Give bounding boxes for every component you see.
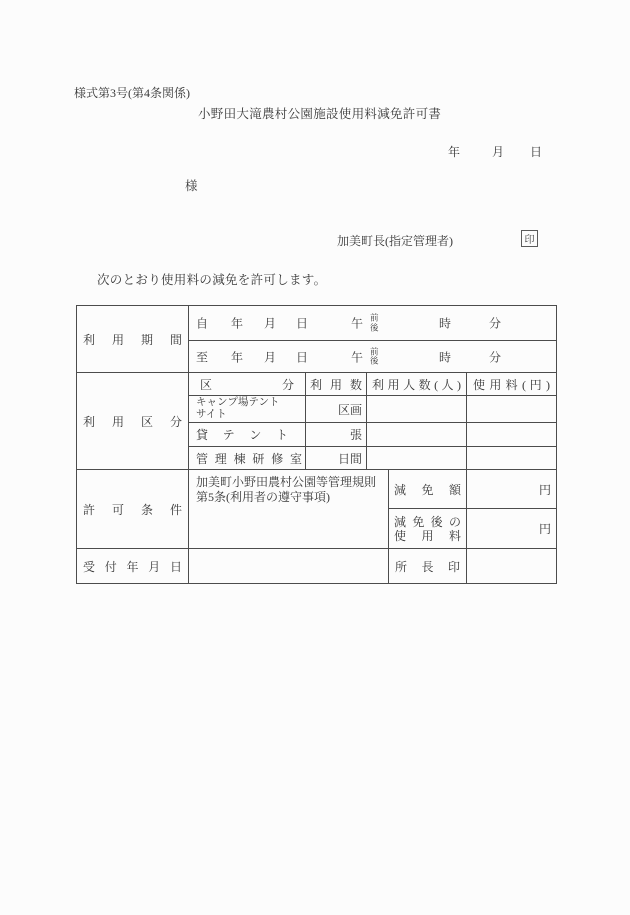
to-pm-label: 後 xyxy=(370,357,379,367)
to-minute-label: 分 xyxy=(489,348,501,365)
month-label: 月 xyxy=(492,145,504,159)
row-label-text: 受 付 年 月 日 xyxy=(83,558,182,575)
reception-date-value-cell xyxy=(189,549,389,584)
period-to-row: 至 年 月 日 午 前 後 時 分 xyxy=(189,341,557,373)
row-label-usage-period: 利 用 期 間 xyxy=(77,306,189,373)
day-label: 日 xyxy=(530,145,542,159)
from-hour-label: 時 xyxy=(439,315,451,332)
label-text: 減 免 後 の 使 用 料 xyxy=(389,515,466,543)
header-usage-fee: 使 用 料 ( 円 ) xyxy=(467,373,557,396)
header-text: 使 用 料 ( 円 ) xyxy=(473,376,550,393)
row-name-text: キャンプ場テント サイト xyxy=(196,397,279,421)
intro-sentence: 次のとおり使用料の減免を許可します。 xyxy=(97,270,326,288)
rule-reference-text: 加美町小野田農村公園等管理規則第5条(利用者の遵守事項) xyxy=(196,475,384,505)
header-text: 利 用 数 xyxy=(310,376,362,393)
header-usage-count: 利 用 数 xyxy=(306,373,367,396)
to-prefix: 至 xyxy=(196,348,208,365)
fee-after-reduction-label: 減 免 後 の 使 用 料 xyxy=(389,509,467,549)
row-label-reception-date: 受 付 年 月 日 xyxy=(77,549,189,584)
label-line1: 減 免 後 の xyxy=(394,515,461,529)
header-text: 利 用 人 数 ( 人 ) xyxy=(372,376,461,393)
from-day-label: 日 xyxy=(296,315,308,332)
row-name-text: 管 理 棟 研 修 室 xyxy=(196,450,302,467)
row-label-text: 利 用 期 間 xyxy=(83,331,182,348)
from-month-label: 月 xyxy=(264,315,276,332)
campsite-count-unit: 区画 xyxy=(306,396,367,423)
to-noon-label: 午 xyxy=(351,348,363,365)
period-from-row: 自 年 月 日 午 前 後 時 分 xyxy=(189,306,557,341)
from-minute-label: 分 xyxy=(489,315,501,332)
row-name-rental-tent: 貸 テ ン ト xyxy=(189,423,306,447)
director-seal-label: 所 長 印 xyxy=(389,549,467,584)
row-name-training-room: 管 理 棟 研 修 室 xyxy=(189,447,306,470)
rental-tent-count-unit: 張 xyxy=(306,423,367,447)
rental-tent-fee-cell xyxy=(467,423,557,447)
page-title: 小野田大滝農村公園施設使用料減免許可書 xyxy=(198,104,441,122)
recipient-honorific: 様 xyxy=(185,176,198,194)
from-year-label: 年 xyxy=(231,315,243,332)
row-name-text: 貸 テ ン ト xyxy=(196,426,288,443)
unit-text: 区画 xyxy=(338,401,362,418)
reduction-amount-value-cell: 円 xyxy=(467,470,557,509)
reduction-amount-label: 減 免 額 xyxy=(389,470,467,509)
campsite-people-cell xyxy=(367,396,467,423)
header-category: 区 分 xyxy=(189,373,306,396)
fee-after-reduction-value-cell: 円 xyxy=(467,509,557,549)
training-room-fee-cell xyxy=(467,447,557,470)
seal-placeholder: 印 xyxy=(521,230,538,247)
from-pm-label: 後 xyxy=(370,323,379,333)
from-prefix: 自 xyxy=(196,315,208,332)
to-year-label: 年 xyxy=(231,348,243,365)
year-label: 年 xyxy=(448,145,460,159)
document-page: 様式第3号(第4条関係) 小野田大滝農村公園施設使用料減免許可書 年月日 様 加… xyxy=(0,0,630,915)
unit-text: 張 xyxy=(350,426,362,443)
row-label-text: 許 可 条 件 xyxy=(83,501,182,518)
to-month-label: 月 xyxy=(264,348,276,365)
header-people-count: 利 用 人 数 ( 人 ) xyxy=(367,373,467,396)
yen-unit: 円 xyxy=(539,520,551,537)
yen-unit: 円 xyxy=(539,481,551,498)
row-name-campsite: キャンプ場テント サイト xyxy=(189,396,306,423)
label-text: 所 長 印 xyxy=(395,558,460,575)
header-text: 区 分 xyxy=(200,376,294,393)
training-room-count-unit: 日間 xyxy=(306,447,367,470)
from-noon-label: 午 xyxy=(351,315,363,332)
form-code: 様式第3号(第4条関係) xyxy=(74,84,190,101)
from-ampm-label: 前 後 xyxy=(370,314,379,333)
director-seal-value-cell xyxy=(467,549,557,584)
rental-tent-people-cell xyxy=(367,423,467,447)
row-label-text: 利 用 区 分 xyxy=(83,413,182,430)
to-day-label: 日 xyxy=(296,348,308,365)
row-name-line2: サイト xyxy=(196,409,279,421)
row-label-permit-conditions: 許 可 条 件 xyxy=(77,470,189,549)
issue-date-line: 年月日 xyxy=(448,143,542,160)
campsite-fee-cell xyxy=(467,396,557,423)
row-name-line1: キャンプ場テント xyxy=(196,397,279,409)
label-text: 減 免 額 xyxy=(394,481,461,498)
permit-conditions-text: 加美町小野田農村公園等管理規則第5条(利用者の遵守事項) xyxy=(189,470,389,549)
unit-text: 日間 xyxy=(338,450,362,467)
row-label-usage-category: 利 用 区 分 xyxy=(77,373,189,470)
to-ampm-label: 前 後 xyxy=(370,347,379,366)
training-room-people-cell xyxy=(367,447,467,470)
issuer-line: 加美町長(指定管理者) xyxy=(337,232,453,249)
to-hour-label: 時 xyxy=(439,348,451,365)
permit-table: 利 用 期 間 自 年 月 日 午 前 後 時 分 至 年 月 日 午 前 後 xyxy=(76,305,557,584)
label-line2: 使 用 料 xyxy=(394,529,461,543)
